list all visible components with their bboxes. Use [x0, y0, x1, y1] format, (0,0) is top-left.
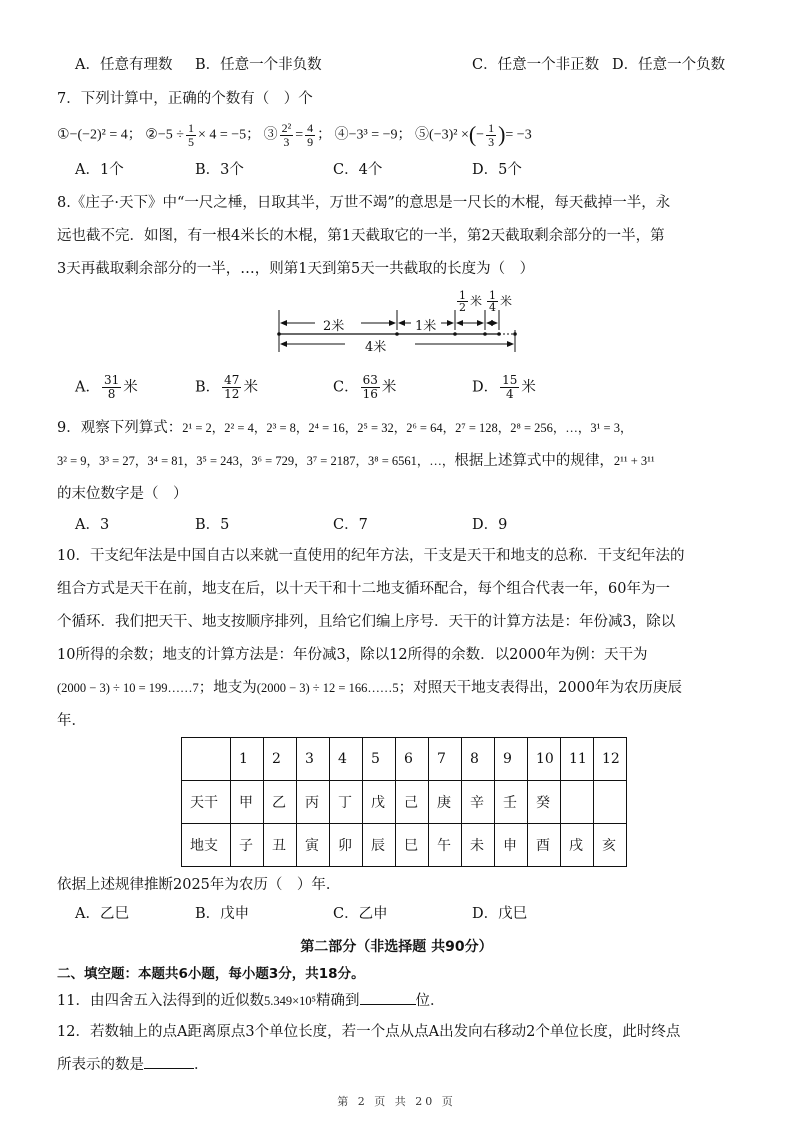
- table-cell: 3: [297, 738, 330, 781]
- fraction-num: 15: [500, 374, 519, 388]
- q7-choice-c: C．4个: [333, 160, 382, 180]
- q8-choice-b: B．4712米: [195, 374, 258, 401]
- table-cell: 6: [396, 738, 429, 781]
- table-cell: 10: [528, 738, 561, 781]
- q12-line-1: 12．若数轴上的点A距离原点3个单位长度，若一个点从点A出发向右移动2个单位长度…: [57, 1022, 680, 1042]
- table-cell: 8: [462, 738, 495, 781]
- q10-end: ；对照天干地支表得出，2000年为农历庚辰: [399, 680, 682, 696]
- choice-letter: B．: [195, 380, 220, 396]
- q12-pre: 所表示的数是: [57, 1057, 144, 1073]
- unit: 米: [382, 380, 397, 396]
- fraction-den: 16: [361, 388, 380, 401]
- q8-line-3: 3天再截取剩余部分的一半，…，则第1天到第5天一共截取的长度为（ ）: [57, 259, 534, 279]
- q12-line-2: 所表示的数是．: [57, 1054, 209, 1075]
- choice-letter: D．: [472, 380, 498, 396]
- q10-expr-dizhi: (2000 − 3) ÷ 12 = 166……5: [257, 681, 399, 695]
- q9-choice-a: A．3: [75, 515, 109, 535]
- table-cell: 未: [462, 824, 495, 867]
- q7-items: ①−(−2)² = 4； ②−5 ÷15× 4 = −5； ③2²3=49； ④…: [57, 122, 532, 149]
- table-cell: 午: [429, 824, 462, 867]
- q7-choice-d: D．5个: [472, 160, 522, 180]
- unit: 米: [521, 380, 536, 396]
- fraction-den: 8: [106, 388, 118, 401]
- table-cell: 地支: [182, 824, 231, 867]
- q9-choice-d: D．9: [472, 515, 507, 535]
- q9-powers-of-2: 2¹ = 2，2² = 4，2³ = 8，2⁴ = 16，2⁵ = 32，2⁶ …: [182, 421, 632, 435]
- q11-pre: 11．由四舍五入法得到的近似数: [57, 993, 264, 1009]
- q7-item2-post: × 4 = −5；: [198, 128, 260, 143]
- q6-choice-d: D．任意一个负数: [612, 55, 725, 75]
- table-cell: 甲: [231, 781, 264, 824]
- q7-item2-pre: −5 ÷: [158, 128, 184, 143]
- q8-choice-a: A．318米: [75, 374, 138, 401]
- q11: 11．由四舍五入法得到的近似数5.349×10⁵精确到位．: [57, 990, 445, 1011]
- q10-expr-tiangan: (2000 − 3) ÷ 10 = 199……7: [57, 681, 199, 695]
- q12-post: ．: [194, 1057, 209, 1073]
- fraction-den: 5: [186, 136, 196, 149]
- table-cell: 癸: [528, 781, 561, 824]
- fraction-den: 9: [305, 136, 315, 149]
- q7-item3-eq: =: [295, 128, 303, 143]
- q9-line-3: 的末位数字是（ ）: [57, 484, 188, 504]
- fraction-den: 4: [504, 388, 516, 401]
- unit: 米: [470, 294, 482, 308]
- q9-powers-of-3: 3² = 9，3³ = 27，3⁴ = 81，3⁵ = 243，3⁶ = 729…: [57, 454, 454, 468]
- seg2-label: 1米: [415, 315, 436, 334]
- q7-item5-fraction: 13: [486, 122, 496, 149]
- table-cell: 子: [231, 824, 264, 867]
- table-cell: 天干: [182, 781, 231, 824]
- table-cell: 11: [561, 738, 594, 781]
- fraction-num: 1: [486, 122, 496, 136]
- table-cell: 辛: [462, 781, 495, 824]
- q7-item3-mark: ③: [264, 128, 278, 143]
- table-cell: [182, 738, 231, 781]
- table-cell: 12: [594, 738, 627, 781]
- seg1-label: 2米: [323, 315, 344, 334]
- table-cell: 7: [429, 738, 462, 781]
- seg4-label: 14米: [485, 290, 512, 313]
- q8-line-2: 远也截不完．如图，有一根4米长的木棍，第1天截取它的一半，第2天截取剩余部分的一…: [57, 226, 665, 246]
- fraction-den: 3: [281, 136, 291, 149]
- q11-expression: 5.349×10⁵: [264, 994, 316, 1008]
- page-footer: 第 2 页 共 20 页: [0, 1093, 793, 1109]
- fraction-num: 1: [186, 122, 196, 136]
- unit: 米: [243, 380, 258, 396]
- table-cell: 丁: [330, 781, 363, 824]
- table-cell: 乙: [264, 781, 297, 824]
- table-cell: 申: [495, 824, 528, 867]
- choice-letter: C．: [333, 380, 359, 396]
- table-cell: 辰: [363, 824, 396, 867]
- table-cell: 2: [264, 738, 297, 781]
- q7-item3-fraction: 2²3: [280, 122, 294, 149]
- table-cell: 丙: [297, 781, 330, 824]
- q10-line-5: (2000 − 3) ÷ 10 = 199……7；地支为(2000 − 3) ÷…: [57, 678, 682, 698]
- choice-letter: A．: [75, 380, 100, 396]
- q7-item2-fraction: 15: [186, 122, 196, 149]
- table-cell: 亥: [594, 824, 627, 867]
- ganzhi-table: 1 2 3 4 5 6 7 8 9 10 11 12 天干 甲 乙 丙 丁 戊 …: [181, 737, 627, 867]
- q7-item1-mark: ①: [57, 128, 70, 143]
- q7-item5-post: = −3: [505, 128, 531, 143]
- table-cell: 9: [495, 738, 528, 781]
- table-cell: [561, 781, 594, 824]
- q7-item4: −3³ = −9；: [349, 128, 412, 143]
- q8-line-1: 8.《庄子·天下》中“一尺之棰，日取其半，万世不竭”的意思是一尺长的木棍，每天截…: [57, 193, 670, 213]
- table-row-tiangan: 天干 甲 乙 丙 丁 戊 己 庚 辛 壬 癸: [182, 781, 627, 824]
- q9-line-2: 3² = 9，3³ = 27，3⁴ = 81，3⁵ = 243，3⁶ = 729…: [57, 451, 655, 471]
- table-cell: 壬: [495, 781, 528, 824]
- fraction-num: 47: [222, 374, 241, 388]
- q11-mid: 精确到: [316, 993, 360, 1009]
- table-cell: 寅: [297, 824, 330, 867]
- table-cell: [594, 781, 627, 824]
- q10-mid: ；地支为: [199, 680, 257, 696]
- seg3-label: 12米: [455, 290, 482, 313]
- q10-choice-d: D．戊巳: [472, 904, 527, 924]
- q9-expression: 2¹¹ + 3¹¹: [614, 454, 655, 468]
- q7-choice-a: A．1个: [75, 160, 124, 180]
- fraction-num: 4: [305, 122, 315, 136]
- fraction-num: 2²: [280, 122, 294, 136]
- q9-text: 根据上述算式中的规律，: [454, 453, 614, 469]
- q6-choice-c: C．任意一个非正数: [472, 55, 599, 75]
- q7-item5-pre: (−3)² ×: [429, 128, 469, 143]
- table-cell: 1: [231, 738, 264, 781]
- table-cell: 5: [363, 738, 396, 781]
- q7-choice-b: B．3个: [195, 160, 244, 180]
- q12-answer-blank[interactable]: [144, 1054, 194, 1069]
- stick-diagram: 2米 1米 12米 14米 4米: [275, 290, 525, 355]
- q7-item1: −(−2)² = 4；: [70, 128, 142, 143]
- total-label: 4米: [365, 336, 386, 355]
- fraction-num: 63: [361, 374, 380, 388]
- fraction-den: 12: [222, 388, 241, 401]
- table-row-dizhi: 地支 子 丑 寅 卯 辰 巳 午 未 申 酉 戌 亥: [182, 824, 627, 867]
- q6-choice-b: B．任意一个非负数: [195, 55, 322, 75]
- q8-choice-c: C．6316米: [333, 374, 396, 401]
- table-cell: 酉: [528, 824, 561, 867]
- table-cell: 卯: [330, 824, 363, 867]
- q10-choice-b: B．戊申: [195, 904, 249, 924]
- fraction-num: 31: [102, 374, 121, 388]
- q10-choice-c: C．乙申: [333, 904, 388, 924]
- table-cell: 戌: [561, 824, 594, 867]
- q6-choice-a: A．任意有理数: [75, 55, 172, 75]
- q10-question: 依据上述规律推断2025年为农历（ ）年．: [57, 873, 340, 894]
- fraction-den: 3: [486, 136, 496, 149]
- q7-item5-mark: ⑤: [415, 128, 429, 143]
- table-header-row: 1 2 3 4 5 6 7 8 9 10 11 12: [182, 738, 627, 781]
- q11-post: 位．: [416, 993, 445, 1009]
- q10-line-1: 10．干支纪年法是中国自古以来就一直使用的纪年方法，干支是天干和地支的总称．干支…: [57, 546, 684, 566]
- part2-section-heading: 二、填空题：本题共6小题，每小题3分，共18分。: [57, 962, 365, 982]
- left-paren: (: [469, 122, 476, 147]
- table-cell: 己: [396, 781, 429, 824]
- q7-item2-mark: ②: [145, 128, 158, 143]
- q10-line-2: 组合方式是天干在前，地支在后，以十天干和十二地支循环配合，每个组合代表一年，60…: [57, 579, 670, 599]
- q11-answer-blank[interactable]: [360, 990, 416, 1005]
- q10-line-4: 10所得的余数；地支的计算方法是：年份减3，除以12所得的余数．以2000年为例…: [57, 645, 648, 665]
- q9-choice-b: B．5: [195, 515, 229, 535]
- q10-line-6: 年．: [57, 711, 86, 731]
- table-cell: 4: [330, 738, 363, 781]
- q9-line-1: 9．观察下列算式：2¹ = 2，2² = 4，2³ = 8，2⁴ = 16，2⁵…: [57, 418, 632, 438]
- q8-choice-d: D．154米: [472, 374, 536, 401]
- table-cell: 巳: [396, 824, 429, 867]
- fraction-den: 2: [457, 302, 468, 313]
- table-cell: 庚: [429, 781, 462, 824]
- q7-item3-result: 49: [305, 122, 315, 149]
- q7-item4-mark: ④: [335, 128, 349, 143]
- q10-line-3: 个循环．我们把天干、地支按顺序排列，且给它们编上序号．天干的计算方法是：年份减3…: [57, 612, 675, 632]
- q9-choice-c: C．7: [333, 515, 368, 535]
- q7-stem: 7．下列计算中，正确的个数有（ ）个: [57, 89, 313, 109]
- fraction-den: 4: [487, 302, 498, 313]
- q9-label: 9．观察下列算式：: [57, 420, 182, 436]
- q10-choice-a: A．乙巳: [75, 904, 129, 924]
- part2-title: 第二部分（非选择题 共90分）: [0, 936, 793, 956]
- unit: 米: [123, 380, 138, 396]
- unit: 米: [500, 294, 512, 308]
- q7-item3-post: ；: [317, 128, 331, 143]
- table-cell: 丑: [264, 824, 297, 867]
- table-cell: 戊: [363, 781, 396, 824]
